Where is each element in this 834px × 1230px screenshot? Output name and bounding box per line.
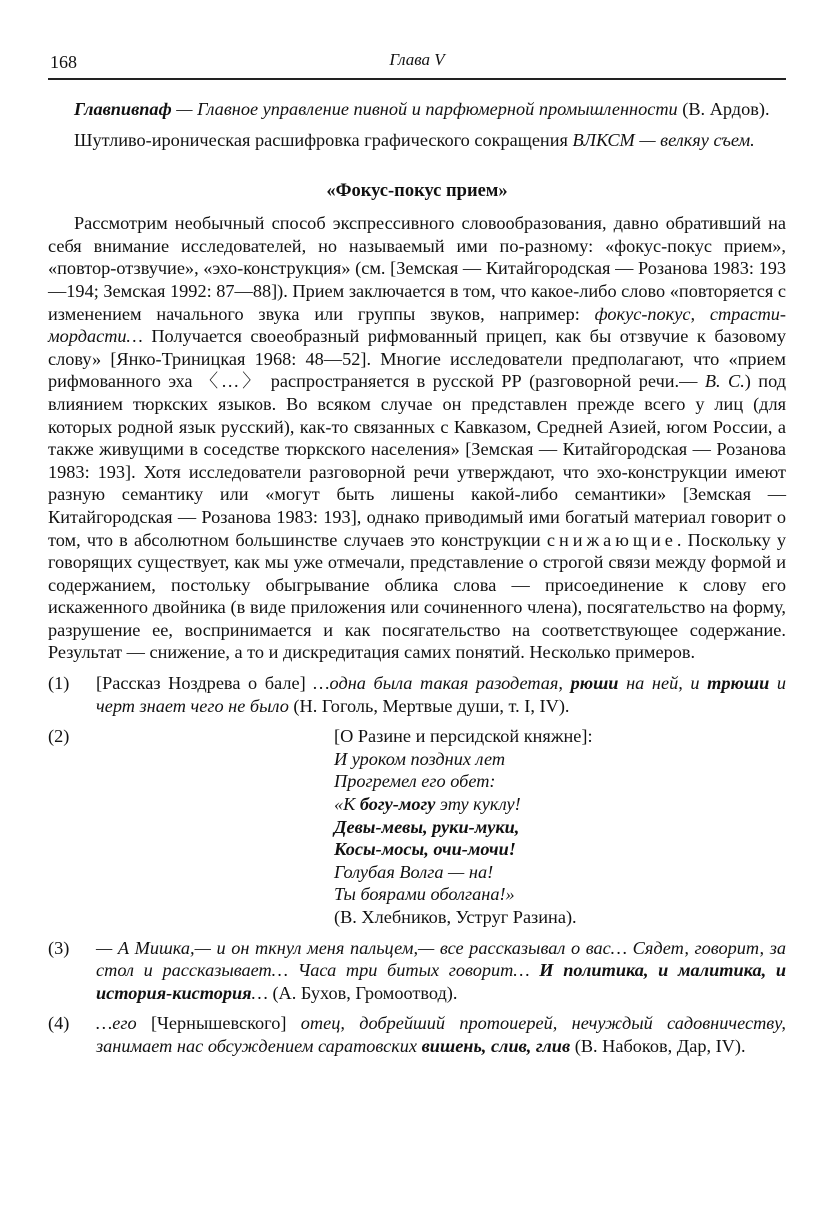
section-body: Рассмотрим необычный способ экспрессивно… bbox=[48, 212, 786, 664]
running-title: Глава V bbox=[48, 50, 786, 70]
example-number: (4) bbox=[48, 1012, 96, 1057]
example-number: (1) bbox=[48, 672, 96, 717]
example-number: (3) bbox=[48, 937, 96, 1005]
example-2: (2) [О Разине и персидской княжне]: И ур… bbox=[48, 725, 786, 928]
definition: Главное управление пивной и парфюмерной … bbox=[197, 99, 678, 119]
page-header: 168 Глава V bbox=[48, 48, 786, 80]
section-title: «Фокус-покус прием» bbox=[48, 181, 786, 202]
intro-paragraph-2: Шутливо-ироническая расшифровка графичес… bbox=[48, 129, 786, 152]
book-page: 168 Глава V Главпивпаф — Главное управле… bbox=[48, 48, 786, 1058]
example-3: (3) — А Мишка,— и он ткнул меня пальцем,… bbox=[48, 937, 786, 1005]
intro-paragraph-1: Главпивпаф — Главное управление пивной и… bbox=[48, 98, 786, 121]
example-number: (2) bbox=[48, 725, 96, 928]
poem: [О Разине и персидской княжне]: И уроком… bbox=[334, 725, 786, 928]
example-1: (1) [Рассказ Ноздрева о бале] …одна была… bbox=[48, 672, 786, 717]
term: Главпивпаф bbox=[74, 99, 172, 119]
example-4: (4) …его [Чернышевского] отец, добрейший… bbox=[48, 1012, 786, 1057]
